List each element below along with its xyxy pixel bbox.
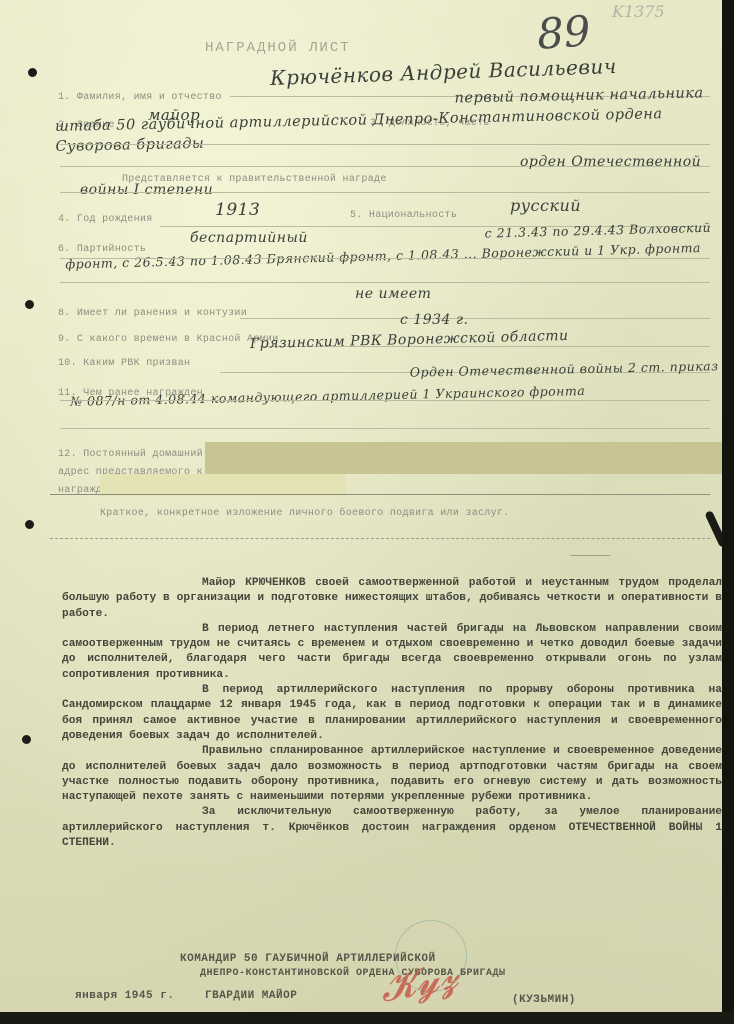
archive-code: K1375 xyxy=(612,2,665,21)
field-value-nationality: русский xyxy=(510,196,581,215)
rule xyxy=(60,258,710,259)
award-sheet-page: НАГРАДНОЙ ЛИСТ 89 K1375 1. Фамилия, имя … xyxy=(0,0,722,1012)
redaction-bar xyxy=(205,442,728,474)
narrative-text: Майор КРЮЧЕНКОВ своей самоотверженной ра… xyxy=(62,576,722,851)
section-heading: Краткое, конкретное изложение личного бо… xyxy=(100,508,510,519)
field-value-service-start: с 1934 г. xyxy=(400,312,468,328)
narrative-paragraph: Правильно спланированное артиллерийское … xyxy=(62,744,722,805)
field-label-wounds: 8. Имеет ли ранения и контузии xyxy=(58,308,247,319)
rule xyxy=(570,555,610,556)
narrative-paragraph: Майор КРЮЧЕНКОВ своей самоотверженной ра… xyxy=(62,576,722,622)
field-value-draft-office: Грязинским РВК Воронежской области xyxy=(250,328,569,352)
scan-border xyxy=(0,1012,734,1024)
field-label-service-start: 9. С какого времени в Красной Армии xyxy=(58,334,279,345)
field-label-birth-year: 4. Год рождения xyxy=(58,214,153,225)
signature-rank: ГВАРДИИ МАЙОР xyxy=(205,990,297,1002)
document-title: НАГРАДНОЙ ЛИСТ xyxy=(205,40,351,56)
rule xyxy=(60,192,710,193)
punch-hole xyxy=(25,300,34,309)
field-label-nationality: 5. Национальность xyxy=(350,210,457,221)
punch-hole xyxy=(22,735,31,744)
field-value-award: орден Отечественной войны I степени xyxy=(80,148,720,204)
narrative-paragraph: В период летнего наступления частей бриг… xyxy=(62,622,722,683)
narrative-paragraph: В период артиллерийского наступления по … xyxy=(62,683,722,744)
punch-hole xyxy=(28,68,37,77)
rule xyxy=(60,428,710,429)
rule xyxy=(60,400,710,401)
field-value-name: Крючёнков Андрей Васильевич xyxy=(270,54,617,90)
field-value-wounds: не имеет xyxy=(355,286,431,302)
rule xyxy=(60,282,710,283)
field-value-position: первый помощник начальника штаба 50 гауб… xyxy=(54,83,715,157)
signature-name: (КУЗЬМИН) xyxy=(512,994,576,1006)
narrative-paragraph: За исключительную самоотверженную работу… xyxy=(62,805,722,851)
signature-line-2: ДНЕПРО-КОНСТАНТИНОВСКОЙ ОРДЕНА СУВОРОВА … xyxy=(200,968,506,979)
field-value-birth-year: 1913 xyxy=(215,200,260,220)
rule xyxy=(60,144,710,145)
rule xyxy=(240,318,710,319)
rule xyxy=(50,538,710,540)
scan-border xyxy=(722,0,734,1024)
rule xyxy=(50,494,710,495)
document-number: 89 xyxy=(535,6,592,59)
signature-date: января 1945 г. xyxy=(75,990,174,1002)
punch-hole xyxy=(25,520,34,529)
redaction-bar xyxy=(100,474,346,496)
